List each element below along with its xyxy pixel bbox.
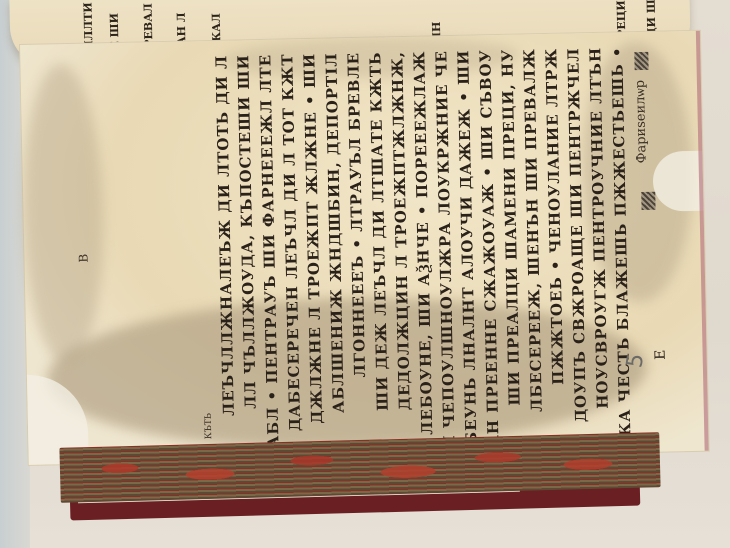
catchword: КЪТЬ	[204, 413, 215, 439]
ornament-icon	[634, 52, 648, 70]
ornament-icon	[641, 192, 655, 210]
folio-number: Е	[653, 349, 669, 360]
page-heading: Фариѕеилѡр	[633, 80, 651, 164]
book-page: Фариѕеилѡр ЧЕКА ЧЕСТЬ БЛАЖЕШЬ ПЖЖЕСТЬЕШЬ…	[20, 31, 709, 465]
signature-mark: В	[76, 254, 90, 263]
